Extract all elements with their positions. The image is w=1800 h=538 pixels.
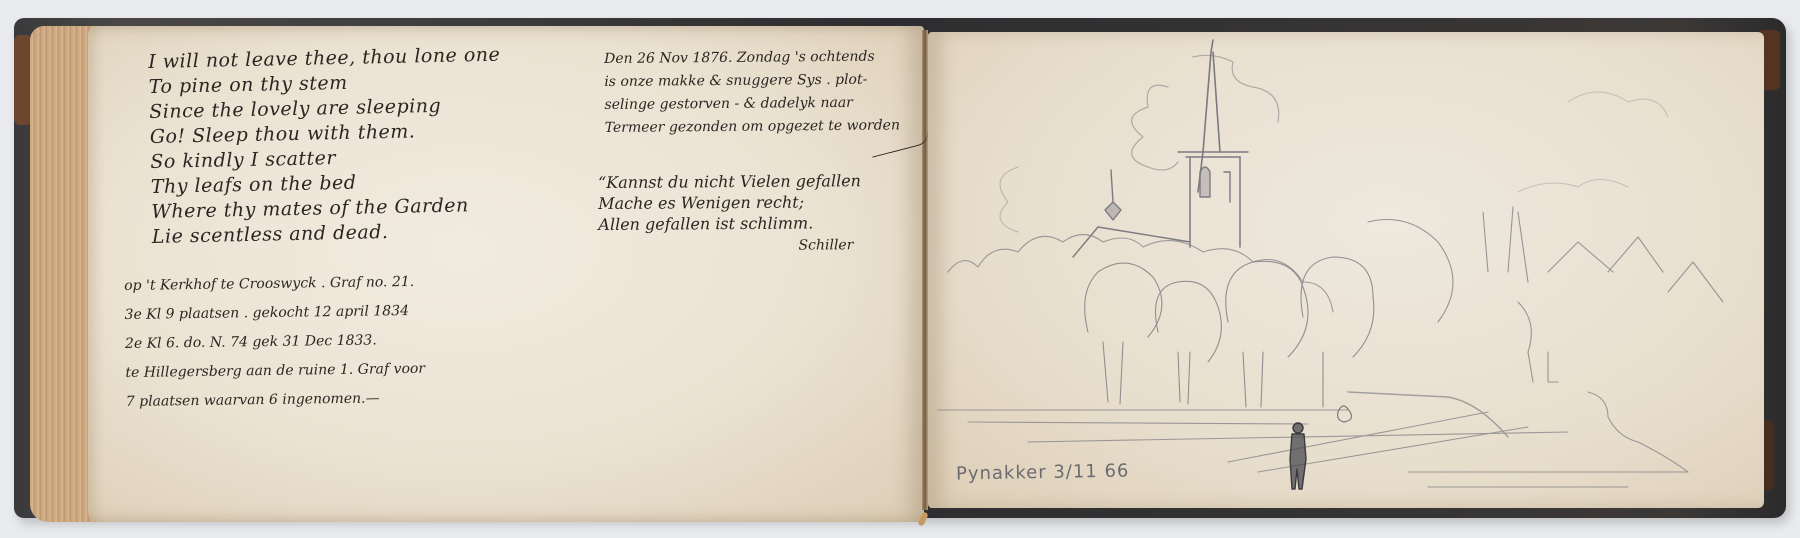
diary-entry: Den 26 Nov 1876. Zondag 's ochtends is o… <box>604 45 930 153</box>
quote-author: Schiller <box>598 235 861 258</box>
entry-line: is onze makke & snuggere Sys . plot- <box>604 68 929 94</box>
entry-line: Termeer gezonden om opgezet te worden <box>605 114 930 140</box>
note-line: 2e Kl 6. do. N. 74 gek 31 Dec 1833. <box>125 326 425 359</box>
entry-line: Den 26 Nov 1876. Zondag 's ochtends <box>604 45 929 71</box>
note-line: te Hillegersberg aan de ruine 1. Graf vo… <box>125 355 425 388</box>
schiller-quote: “Kannst du nicht Vielen gefallen Mache e… <box>598 170 861 258</box>
quote-line: Mache es Wenigen recht; <box>598 191 861 214</box>
note-line: 7 plaatsen waarvan 6 ingenomen.— <box>126 384 426 417</box>
note-line: 3e Kl 9 plaatsen . gekocht 12 april 1834 <box>124 297 424 330</box>
english-poem: I will not leave thee, thou lone one To … <box>148 43 504 250</box>
note-line: op 't Kerkhof te Crooswyck . Graf no. 21… <box>124 268 424 301</box>
sketch-caption: Pynakker 3/11 66 <box>956 460 1130 484</box>
album-photo: I will not leave thee, thou lone one To … <box>0 0 1800 538</box>
pencil-landscape-sketch <box>928 32 1764 508</box>
cemetery-notes: op 't Kerkhof te Crooswyck . Graf no. 21… <box>124 268 426 417</box>
entry-line: selinge gestorven - & dadelyk naar <box>604 91 929 117</box>
quote-line: “Kannst du nicht Vielen gefallen <box>598 170 861 193</box>
quote-line: Allen gefallen ist schlimm. <box>598 212 861 235</box>
